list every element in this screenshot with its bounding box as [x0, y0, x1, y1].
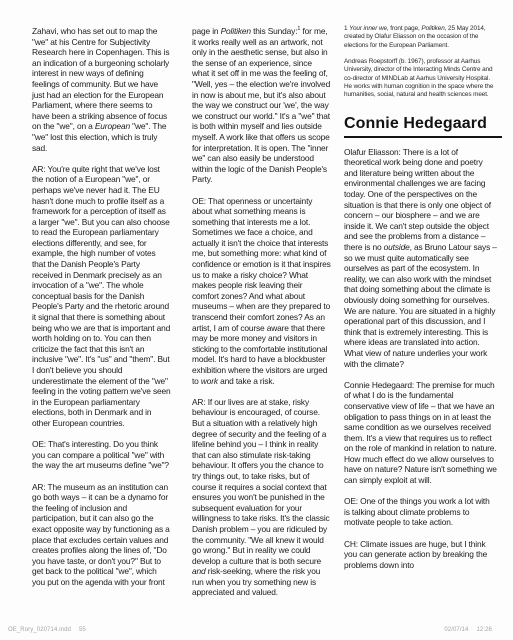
paragraph: Andreas Roepstorff (b. 1967), professor … [344, 58, 497, 99]
section-body: Olafur Eliasson: There is a lot of theor… [344, 147, 497, 571]
text-column-left: Zahavi, who has set out to map the "we" … [32, 26, 171, 587]
paragraph: OE: One of the things you work a lot wit… [344, 496, 497, 528]
paragraph: OE: That openness or uncertainty about w… [192, 196, 331, 387]
italic-text-run: and [192, 566, 206, 576]
page-number: 55 [79, 627, 86, 633]
text-run: AR: The museum as an institution can go … [32, 482, 170, 587]
italic-text-run: Politiken [421, 25, 444, 32]
italic-text-run: Politiken [221, 26, 251, 36]
text-run: AR: You're quite right that we've lost t… [32, 164, 171, 428]
text-run: page in [192, 26, 221, 36]
text-run: Zahavi, who has set out to map the "we" … [32, 26, 169, 131]
text-run: Andreas Roepstorff (b. 1967), professor … [344, 58, 493, 98]
print-time: 12:26 [476, 627, 492, 633]
paragraph: Olafur Eliasson: There is a lot of theor… [344, 147, 497, 369]
document-page: { "colors": { "background": "#fdfdfd", "… [0, 0, 513, 640]
paragraph: OE: That's interesting. Do you think you… [32, 439, 171, 471]
print-footer-right: 02/07/1412:26 [444, 627, 492, 633]
text-column-right: 1 Your inner we, front page, Politiken, … [344, 25, 497, 570]
print-footer-left: OE_Rory_020714.indd55 [8, 627, 86, 633]
text-run: Connie Hedegaard: The premise for much o… [344, 380, 497, 485]
text-run: OE: That openness or uncertainty about w… [192, 196, 331, 386]
book-page: Zahavi, who has set out to map the "we" … [0, 0, 513, 640]
text-column-middle: page in Politiken this Sunday:1 for me, … [192, 26, 331, 598]
text-run: OE: One of the things you work a lot wit… [344, 496, 490, 527]
paragraph: CH: Climate issues are huge, but I think… [344, 539, 497, 571]
paragraph: Zahavi, who has set out to map the "we" … [32, 26, 171, 153]
paragraph: AR: The museum as an institution can go … [32, 482, 171, 588]
text-run: , as Bruno Latour says – so we must quit… [344, 242, 497, 369]
text-run: this Sunday: [251, 26, 297, 36]
print-date: 02/07/14 [444, 627, 468, 633]
paragraph: page in Politiken this Sunday:1 for me, … [192, 26, 331, 185]
italic-text-run: European [95, 121, 130, 131]
text-run: risk-seeking, where the risk you run whe… [192, 566, 320, 597]
text-run: , front page, [387, 25, 421, 32]
section-heading: Connie Hedegaard [344, 115, 502, 138]
text-run: for me, it works really well as an artwo… [192, 26, 330, 184]
footnotes: 1 Your inner we, front page, Politiken, … [344, 25, 497, 100]
text-run: OE: That's interesting. Do you think you… [32, 439, 169, 470]
paragraph: Connie Hedegaard: The premise for much o… [344, 380, 497, 486]
text-run: and take a risk. [218, 376, 275, 386]
file-label: OE_Rory_020714.indd [8, 627, 71, 633]
paragraph: 1 Your inner we, front page, Politiken, … [344, 25, 497, 50]
text-run: AR: If our lives are at stake, risky beh… [192, 397, 330, 566]
text-run: CH: Climate issues are huge, but I think… [344, 539, 487, 570]
paragraph: AR: You're quite right that we've lost t… [32, 164, 171, 429]
italic-text-run: outside [384, 242, 410, 252]
italic-text-run: Your inner we [349, 25, 387, 32]
italic-text-run: work [201, 376, 218, 386]
paragraph: AR: If our lives are at stake, risky beh… [192, 397, 331, 598]
text-run: Olafur Eliasson: There is a lot of theor… [344, 147, 491, 252]
